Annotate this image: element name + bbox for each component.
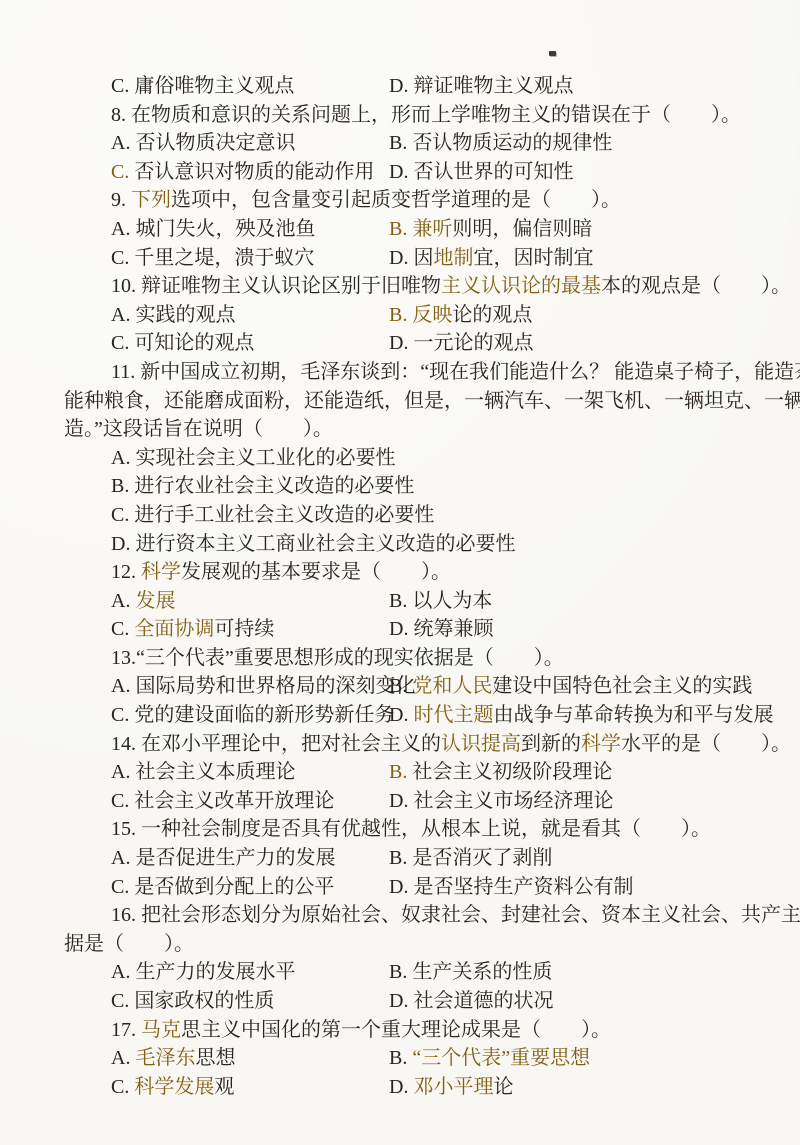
exam-line-24: 14. 在邓小平理论中，把对社会主义的认识提高到新的科学水平的是（ ）。 [0,730,800,759]
exam-line-10: C. 可知论的观点D. 一元论的观点 [0,329,800,358]
question-text: 9. 下列选项中，包含量变引起质变哲学道理的是（ ）。 [111,186,621,215]
text-run: A. 是否促进生产力的发展 [111,847,335,869]
question-text: 8. 在物质和意识的关系问题上，形而上学唯物主义的错误在于（ ）。 [111,101,741,130]
exam-line-32: A. 生产力的发展水平B. 生产关系的性质 [0,958,800,987]
exam-line-25: A. 社会主义本质理论B. 社会主义初级阶段理论 [0,758,800,787]
highlighted-text-run: 马克 [141,1019,181,1041]
exam-line-19: A. 发展B. 以人为本 [0,587,800,616]
text-run: B. [389,675,412,697]
text-run: 发展观的基本要求是（ ）。 [181,561,451,583]
option-cell-left: C. 可知论的观点 [111,329,254,358]
exam-line-13: 造。”这段话旨在说明（ ）。 [0,415,800,444]
text-run: C. [111,618,134,640]
option-cell-right: B. 是否消灭了剥削 [389,844,552,873]
option-cell-left: C. 科学发展观 [111,1073,234,1102]
text-run: 可持续 [214,618,274,640]
highlighted-text-run: 下列 [131,189,171,211]
highlighted-text-run: “三个代表”重要思想 [412,1047,590,1069]
highlighted-text-run: 党和人民 [412,675,492,697]
text-run: C. 党的建设面临的新形势新任务 [111,704,394,726]
question-text: 17. 马克思主义中国化的第一个重大理论成果是（ ）。 [111,1016,611,1045]
question-text: 15. 一种社会制度是否具有优越性，从根本上说，就是看其（ ）。 [111,815,711,844]
question-text: 13.“三个代表”重要思想形成的现实依据是（ ）。 [111,644,564,673]
highlighted-text-run: 时代主题 [413,704,493,726]
exam-line-9: A. 实践的观点B. 反映论的观点 [0,301,800,330]
option-cell-right: B. 反映论的观点 [389,301,532,330]
highlighted-text-run: 主义认识论的最基 [441,275,601,297]
highlighted-text-run: 科学发展 [134,1076,214,1098]
text-run: D. 因 [389,247,433,269]
text-run: B. [389,1047,412,1069]
text-run: C. 国家政权的性质 [111,990,274,1012]
text-run: D. 进行资本主义工商业社会主义改造的必要性 [111,533,515,555]
text-run: A. 实现社会主义工业化的必要性 [111,447,395,469]
option-cell-left: A. 是否促进生产力的发展 [111,844,335,873]
text-run: 思想 [195,1047,235,1069]
highlighted-text-run: 认识提高 [441,733,521,755]
exam-line-34: 17. 马克思主义中国化的第一个重大理论成果是（ ）。 [0,1016,800,1045]
option-cell-left: C. 否认意识对物质的能动作用 [111,158,374,187]
option-cell-right: B. 生产关系的性质 [389,958,552,987]
option-cell-right: B. 否认物质运动的规律性 [389,129,612,158]
text-run: 到新的 [521,733,581,755]
option-cell-right: D. 否认世界的可知性 [389,158,573,187]
text-run: 12. [111,561,141,583]
text-run: 8. 在物质和意识的关系问题上，形而上学唯物主义的错误在于（ ）。 [111,104,741,126]
question-text: 12. 科学发展观的基本要求是（ ）。 [111,558,451,587]
text-run: C. 庸俗唯物主义观点 [111,75,294,97]
highlighted-text-run: 地制 [433,247,473,269]
exam-line-8: 10. 辩证唯物主义认识论区别于旧唯物主义认识论的最基本的观点是（ ）。 [0,272,800,301]
scan-ink-speck [549,51,556,56]
text-run: 建设中国特色社会主义的实践 [492,675,752,697]
highlighted-text-run: 全面协调 [134,618,214,640]
option-cell-left: C. 国家政权的性质 [111,987,274,1016]
option-cell-left: C. 千里之堤，溃于蚁穴 [111,244,314,273]
text-run: B. 否认物质运动的规律性 [389,132,612,154]
option-cell-left: C. 是否做到分配上的公平 [111,873,334,902]
exam-line-36: C. 科学发展观D. 邓小平理论 [0,1073,800,1102]
text-run: 论的观点 [452,304,532,326]
text-run: 17. [111,1019,141,1041]
exam-line-17: D. 进行资本主义工商业社会主义改造的必要性 [0,530,800,559]
option-cell-right: B. “三个代表”重要思想 [389,1044,590,1073]
text-run: 水平的是（ ）。 [621,733,791,755]
option-cell-right: D. 时代主题由战争与革命转换为和平与发展 [389,701,773,730]
exam-line-6: A. 城门失火，殃及池鱼B. 兼听则明，偏信则暗 [0,215,800,244]
text-run: D. 社会道德的状况 [389,990,553,1012]
text-run: D. 否认世界的可知性 [389,161,573,183]
scanned-exam-page: C. 庸俗唯物主义观点D. 辩证唯物主义观点8. 在物质和意识的关系问题上，形而… [0,0,800,1145]
text-run: A. [111,1047,135,1069]
text-run: A. 城门失火，殃及池鱼 [111,218,315,240]
option-cell-right: B. 党和人民建设中国特色社会主义的实践 [389,672,752,701]
highlighted-text-run: 发展 [135,590,175,612]
text-run: C. 进行手工业社会主义改造的必要性 [111,504,434,526]
question-text: 16. 把社会形态划分为原始社会、奴隶社会、封建社会、资本主义社会、共产主义社会… [111,901,800,930]
continuation-text: 能种粮食，还能磨成面粉，还能造纸，但是，一辆汽车、一架飞机、一辆坦克、一辆拖拉机… [64,387,800,416]
exam-line-35: A. 毛泽东思想B. “三个代表”重要思想 [0,1044,800,1073]
text-run: B. 生产关系的性质 [389,961,552,983]
exam-line-26: C. 社会主义改革开放理论D. 社会主义市场经济理论 [0,787,800,816]
text-run: B. 以人为本 [389,590,492,612]
text-run: C. 是否做到分配上的公平 [111,876,334,898]
exam-line-4: C. 否认意识对物质的能动作用D. 否认世界的可知性 [0,158,800,187]
option-cell-left: A. 城门失火，殃及池鱼 [111,215,315,244]
option-cell-right: D. 因地制宜，因时制宜 [389,244,593,273]
exam-line-1: C. 庸俗唯物主义观点D. 辩证唯物主义观点 [0,72,800,101]
option-cell-left: C. 社会主义改革开放理论 [111,787,334,816]
exam-line-18: 12. 科学发展观的基本要求是（ ）。 [0,558,800,587]
exam-line-7: C. 千里之堤，溃于蚁穴D. 因地制宜，因时制宜 [0,244,800,273]
exam-line-22: A. 国际局势和世界格局的深刻变化B. 党和人民建设中国特色社会主义的实践 [0,672,800,701]
text-run: 观 [214,1076,234,1098]
text-run: A. 生产力的发展水平 [111,961,295,983]
option-cell-right: B. 以人为本 [389,587,492,616]
option-cell-left: C. 庸俗唯物主义观点 [111,72,294,101]
exam-line-15: B. 进行农业社会主义改造的必要性 [0,472,800,501]
text-run: A. 否认物质决定意识 [111,132,295,154]
text-run: 能种粮食，还能磨成面粉，还能造纸，但是，一辆汽车、一架飞机、一辆坦克、一辆拖拉机… [64,390,800,412]
text-run: 16. 把社会形态划分为原始社会、奴隶社会、封建社会、资本主义社会、共产主义社会… [111,904,800,926]
highlighted-text-run: 毛泽东 [135,1047,195,1069]
text-run: 15. 一种社会制度是否具有优越性，从根本上说，就是看其（ ）。 [111,818,711,840]
option-cell-left: A. 毛泽东思想 [111,1044,235,1073]
continuation-text: 据是（ ）。 [64,930,194,959]
option-cell-left: A. 社会主义本质理论 [111,758,295,787]
highlighted-text-run: 科学 [141,561,181,583]
text-run: 造。”这段话旨在说明（ ）。 [64,418,333,440]
text-run: A. 国际局势和世界格局的深刻变化 [111,675,415,697]
exam-line-30: 16. 把社会形态划分为原始社会、奴隶社会、封建社会、资本主义社会、共产主义社会… [0,901,800,930]
option-cell-left: A. 否认物质决定意识 [111,129,295,158]
option-cell-right: B. 社会主义初级阶段理论 [389,758,612,787]
text-run: D. [389,1076,413,1098]
text-run: B. 进行农业社会主义改造的必要性 [111,475,414,497]
text-run: 据是（ ）。 [64,933,194,955]
exam-line-3: A. 否认物质决定意识B. 否认物质运动的规律性 [0,129,800,158]
exam-line-21: 13.“三个代表”重要思想形成的现实依据是（ ）。 [0,644,800,673]
exam-line-33: C. 国家政权的性质D. 社会道德的状况 [0,987,800,1016]
question-text: B. 进行农业社会主义改造的必要性 [111,472,414,501]
question-text: D. 进行资本主义工商业社会主义改造的必要性 [111,530,515,559]
text-run: C. 可知论的观点 [111,332,254,354]
text-run: 选项中，包含量变引起质变哲学道理的是（ ）。 [171,189,621,211]
exam-line-31: 据是（ ）。 [0,930,800,959]
option-cell-left: C. 党的建设面临的新形势新任务 [111,701,394,730]
exam-line-2: 8. 在物质和意识的关系问题上，形而上学唯物主义的错误在于（ ）。 [0,101,800,130]
highlighted-text-run: C. [111,161,129,183]
text-run: D. 统筹兼顾 [389,618,493,640]
exam-line-28: A. 是否促进生产力的发展B. 是否消灭了剥削 [0,844,800,873]
exam-line-23: C. 党的建设面临的新形势新任务D. 时代主题由战争与革命转换为和平与发展 [0,701,800,730]
text-run: 由战争与革命转换为和平与发展 [493,704,773,726]
exam-content: C. 庸俗唯物主义观点D. 辩证唯物主义观点8. 在物质和意识的关系问题上，形而… [0,72,800,1101]
text-run: 则明，偏信则暗 [452,218,592,240]
text-run: 论 [493,1076,513,1098]
text-run: A. [111,590,135,612]
exam-line-14: A. 实现社会主义工业化的必要性 [0,444,800,473]
text-run: D. 辩证唯物主义观点 [389,75,573,97]
option-cell-right: D. 社会道德的状况 [389,987,553,1016]
highlighted-text-run: B. [389,761,407,783]
question-text: A. 实现社会主义工业化的必要性 [111,444,395,473]
option-cell-left: C. 全面协调可持续 [111,615,274,644]
question-text: 11. 新中国成立初期，毛泽东谈到：“现在我们能造什么？ 能造桌子椅子，能造茶壶… [111,358,800,387]
option-cell-right: D. 社会主义市场经济理论 [389,787,613,816]
text-run: 否认意识对物质的能动作用 [129,161,374,183]
highlighted-text-run: 邓小平理 [413,1076,493,1098]
option-cell-right: D. 邓小平理论 [389,1073,513,1102]
exam-line-5: 9. 下列选项中，包含量变引起质变哲学道理的是（ ）。 [0,186,800,215]
option-cell-left: A. 国际局势和世界格局的深刻变化 [111,672,415,701]
text-run: C. 社会主义改革开放理论 [111,790,334,812]
text-run: 10. 辩证唯物主义认识论区别于旧唯物 [111,275,441,297]
highlighted-text-run: B. 反映 [389,304,452,326]
text-run: 宜，因时制宜 [473,247,593,269]
highlighted-text-run: 科学 [581,733,621,755]
text-run: D. 社会主义市场经济理论 [389,790,613,812]
highlighted-text-run: B. 兼听 [389,218,452,240]
text-run: D. 是否坚持生产资料公有制 [389,876,633,898]
option-cell-left: A. 实践的观点 [111,301,235,330]
option-cell-right: D. 辩证唯物主义观点 [389,72,573,101]
text-run: C. 千里之堤，溃于蚁穴 [111,247,314,269]
option-cell-right: D. 一元论的观点 [389,329,533,358]
text-run: 11. 新中国成立初期，毛泽东谈到：“现在我们能造什么？ 能造桌子椅子，能造茶壶… [111,361,800,383]
text-run: D. 一元论的观点 [389,332,533,354]
exam-line-16: C. 进行手工业社会主义改造的必要性 [0,501,800,530]
exam-line-29: C. 是否做到分配上的公平D. 是否坚持生产资料公有制 [0,873,800,902]
text-run: 13.“三个代表”重要思想形成的现实依据是（ ）。 [111,647,564,669]
text-run: 社会主义初级阶段理论 [407,761,612,783]
text-run: A. 实践的观点 [111,304,235,326]
option-cell-left: A. 生产力的发展水平 [111,958,295,987]
exam-line-20: C. 全面协调可持续D. 统筹兼顾 [0,615,800,644]
text-run: C. [111,1076,134,1098]
text-run: A. 社会主义本质理论 [111,761,295,783]
text-run: 本的观点是（ ）。 [601,275,791,297]
option-cell-right: B. 兼听则明，偏信则暗 [389,215,592,244]
question-text: 14. 在邓小平理论中，把对社会主义的认识提高到新的科学水平的是（ ）。 [111,730,791,759]
text-run: 14. 在邓小平理论中，把对社会主义的 [111,733,441,755]
option-cell-left: A. 发展 [111,587,175,616]
option-cell-right: D. 是否坚持生产资料公有制 [389,873,633,902]
option-cell-right: D. 统筹兼顾 [389,615,493,644]
exam-line-12: 能种粮食，还能磨成面粉，还能造纸，但是，一辆汽车、一架飞机、一辆坦克、一辆拖拉机… [0,387,800,416]
text-run: B. 是否消灭了剥削 [389,847,552,869]
exam-line-27: 15. 一种社会制度是否具有优越性，从根本上说，就是看其（ ）。 [0,815,800,844]
question-text: 10. 辩证唯物主义认识论区别于旧唯物主义认识论的最基本的观点是（ ）。 [111,272,791,301]
question-text: C. 进行手工业社会主义改造的必要性 [111,501,434,530]
text-run: 9. [111,189,131,211]
text-run: 思主义中国化的第一个重大理论成果是（ ）。 [181,1019,611,1041]
text-run: D. [389,704,413,726]
continuation-text: 造。”这段话旨在说明（ ）。 [64,415,333,444]
exam-line-11: 11. 新中国成立初期，毛泽东谈到：“现在我们能造什么？ 能造桌子椅子，能造茶壶… [0,358,800,387]
